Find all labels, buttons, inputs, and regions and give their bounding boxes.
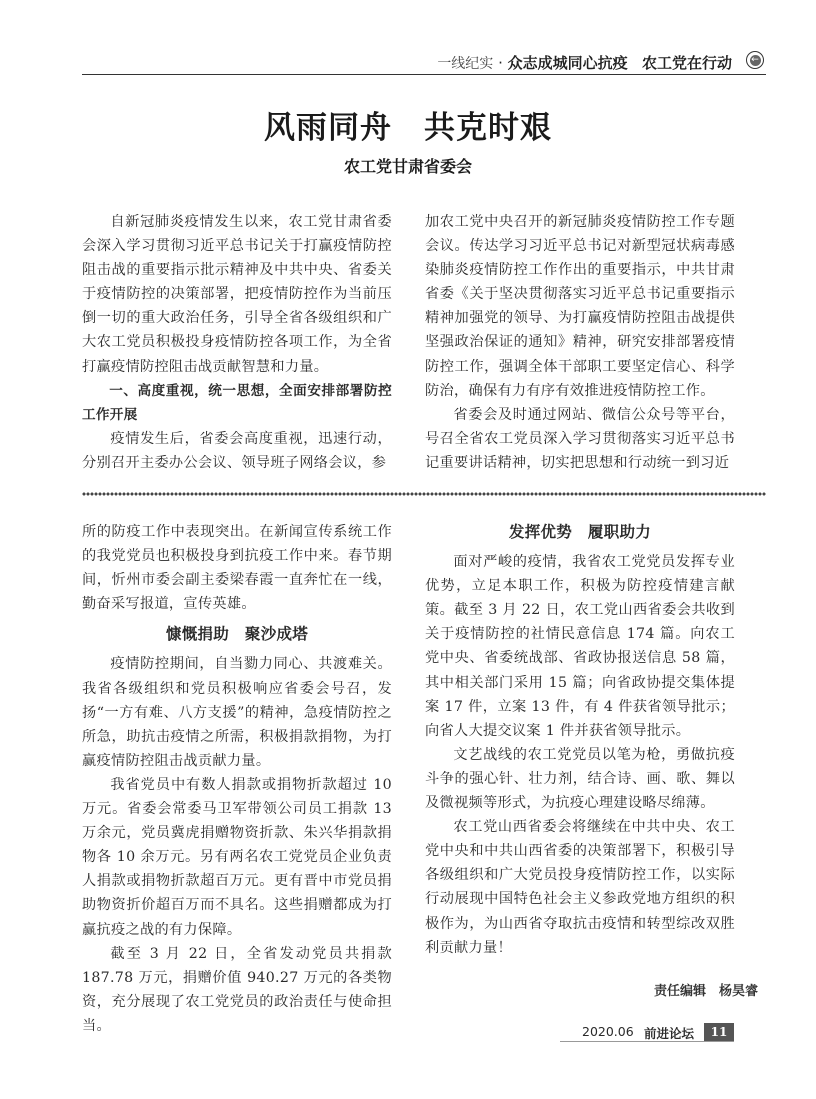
paragraph: 所的防疫工作中表现突出。在新闻宣传系统工作的我党党员也积极投身到抗疫工作中来。春… <box>82 520 392 616</box>
paragraph: 截至 3 月 22 日，全省发动党员共捐款 187.78 万元，捐赠价值 940… <box>82 942 392 1038</box>
column-name: 一线纪实 <box>437 56 493 72</box>
section-heading: 慷慨捐助 聚沙成塔 <box>82 622 392 646</box>
page-number: 11 <box>704 1023 734 1041</box>
paragraph: 加农工党中央召开的新冠肺炎疫情防控工作专题会议。传达学习习近平总书记对新型冠状病… <box>425 210 735 403</box>
header-section: 农工党在行动 <box>642 54 732 72</box>
header-separator: · <box>498 54 503 72</box>
section-heading: 一、高度重视，统一思想，全面安排部署防控工作开展 <box>82 379 392 427</box>
back-arrow-circle-icon: ← <box>746 51 764 69</box>
section-divider <box>82 492 766 496</box>
paragraph: 农工党山西省委会将继续在中共中央、农工党中央和中共山西省委的决策部署下，积极引导… <box>425 815 735 960</box>
editor-credit: 责任编辑 杨昊睿 <box>654 980 758 999</box>
paragraph: 面对严峻的疫情，我省农工党党员发挥专业优势，立足本职工作，积极为防控疫情建言献策… <box>425 550 735 743</box>
header-topic: 众志成城同心抗疫 <box>508 54 628 72</box>
bottom-left-column: 所的防疫工作中表现突出。在新闻宣传系统工作的我党党员也积极投身到抗疫工作中来。春… <box>82 520 392 1038</box>
page-footer: 2020.06 前进论坛 11 <box>560 1024 734 1042</box>
top-right-column: 加农工党中央召开的新冠肺炎疫情防控工作专题会议。传达学习习近平总书记对新型冠状病… <box>425 210 735 475</box>
top-left-column: 自新冠肺炎疫情发生以来，农工党甘肃省委会深入学习贯彻习近平总书记关于打赢疫情防控… <box>82 210 392 475</box>
paragraph: 文艺战线的农工党党员以笔为枪，勇做抗疫斗争的强心针、壮力剂，结合诗、画、歌、舞以… <box>425 743 735 815</box>
issue-date: 2020.06 <box>582 1024 634 1039</box>
article-title: 风雨同舟 共克时艰 <box>0 102 816 147</box>
paragraph: 疫情发生后，省委会高度重视，迅速行动，分别召开主委办公会议、领导班子网络会议，参 <box>82 427 392 475</box>
section-heading: 发挥优势 履职助力 <box>425 520 735 544</box>
paragraph: 自新冠肺炎疫情发生以来，农工党甘肃省委会深入学习贯彻习近平总书记关于打赢疫情防控… <box>82 210 392 379</box>
magazine-name: 前进论坛 <box>644 1024 694 1042</box>
article-author: 农工党甘肃省委会 <box>0 154 816 177</box>
paragraph: 省委会及时通过网站、微信公众号等平台，号召全省农工党员深入学习贯彻落实习近平总书… <box>425 403 735 475</box>
paragraph: 我省党员中有数人捐款或捐物折款超过 10 万元。省委会常委马卫军带领公司员工捐款… <box>82 773 392 942</box>
paragraph: 疫情防控期间，自当勠力同心、共渡难关。我省各级组织和党员积极响应省委会号召，发扬… <box>82 652 392 772</box>
running-header: 一线纪实 · 众志成城同心抗疫 农工党在行动 ← <box>82 50 766 75</box>
header-text: 一线纪实 · 众志成城同心抗疫 农工党在行动 <box>437 52 732 73</box>
bottom-right-column: 发挥优势 履职助力 面对严峻的疫情，我省农工党党员发挥专业优势，立足本职工作，积… <box>425 514 735 960</box>
